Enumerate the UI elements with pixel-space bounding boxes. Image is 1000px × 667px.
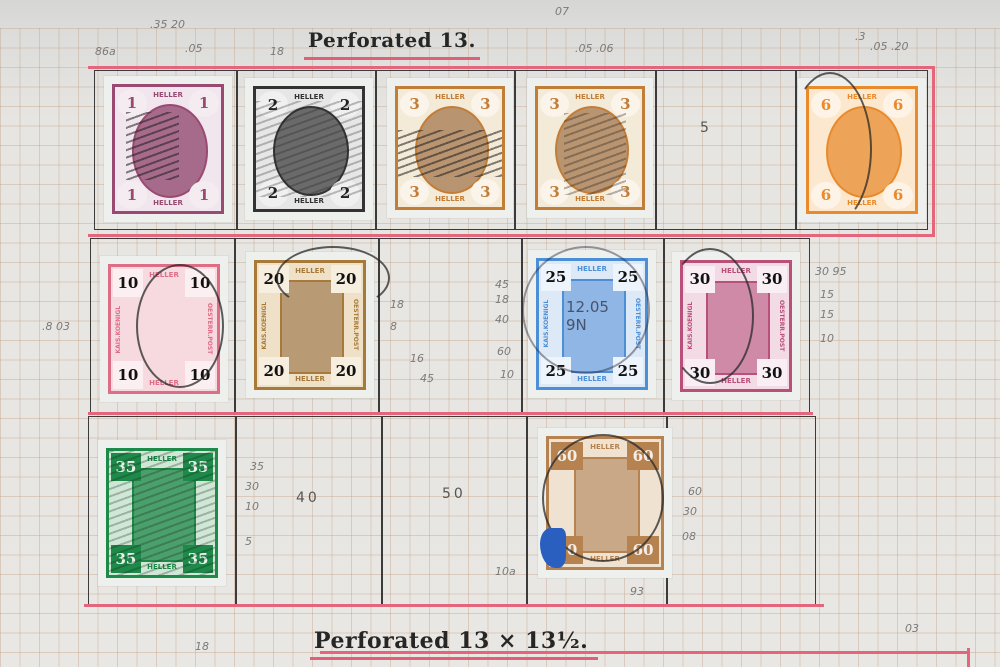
pencil-note: 15 [820, 288, 834, 301]
cell-divider [521, 238, 523, 414]
pencil-note: .05 .20 [870, 40, 908, 53]
cell-divider [514, 70, 516, 230]
pencil-note: 18 [270, 45, 284, 58]
pencil-note: 10 [820, 332, 834, 345]
postmark-text: 12.05 9N [566, 298, 626, 334]
pencil-note: 18 [390, 298, 404, 311]
blue-ink-mark [540, 528, 566, 568]
pencil-note: .35 20 [150, 18, 185, 31]
pencil-note: 45 [420, 372, 434, 385]
stamp-1-heller[interactable]: 1 1 1 1 HELLER HELLER [104, 76, 232, 222]
pencil-note: 93 [630, 585, 644, 598]
pencil-note: 10a [495, 565, 516, 578]
red-rule [88, 234, 935, 237]
cell-divider [375, 70, 377, 230]
red-rule-vertical [932, 66, 935, 234]
pencil-note: .05 [185, 42, 203, 55]
pencil-note: 16 [410, 352, 424, 365]
empty-cell-label-40: 40 [296, 490, 320, 506]
pencil-note: 86a [95, 45, 116, 58]
pencil-note: 5 [245, 535, 252, 548]
red-rule [88, 412, 813, 415]
cell-divider [236, 70, 238, 230]
pencil-note: 10 [500, 368, 514, 381]
pencil-note: 40 [495, 313, 509, 326]
pencil-note: .05 .06 [575, 42, 613, 55]
pencil-note: 30 [245, 480, 259, 493]
stamp-35-heller[interactable]: 35 35 35 35 HELLER HELLER [98, 440, 226, 586]
cell-divider [526, 416, 528, 606]
pencil-note: 35 [250, 460, 264, 473]
pencil-note: .8 03 [42, 320, 70, 333]
heading-underline [310, 657, 598, 660]
cell-divider [235, 416, 237, 606]
stamp-3-heller[interactable]: 3 3 3 3 HELLER HELLER [527, 78, 653, 218]
pencil-note: 08 [682, 530, 696, 543]
red-rule [84, 604, 824, 607]
pencil-note: 18 [195, 640, 209, 653]
stamp-6-heller[interactable]: 6 6 6 6 HELLER HELLER [798, 78, 926, 222]
stamp-25-heller[interactable]: 25 25 25 25 HELLER HELLER KAIS.KOENIGL O… [528, 250, 656, 398]
stamp-2-heller[interactable]: 2 2 2 2 HELLER HELLER [245, 78, 373, 220]
pencil-note: 30 95 [815, 265, 847, 278]
pencil-note: 60 [688, 485, 702, 498]
section-heading-perforated-13: Perforated 13. [308, 28, 476, 52]
pencil-note: 15 [820, 308, 834, 321]
stamp-20-heller[interactable]: 20 20 20 20 HELLER HELLER KAIS.KOENIGL O… [246, 252, 374, 398]
cell-divider [655, 70, 657, 230]
pencil-note: 07 [555, 5, 569, 18]
heading-underline [304, 57, 480, 60]
pencil-note: 10 [245, 500, 259, 513]
empty-cell-label-50: 50 [442, 486, 466, 502]
red-rule [88, 66, 933, 69]
album-page: Perforated 13. 1 1 1 1 HELLER HELLER 2 2… [0, 0, 1000, 667]
pencil-note: 18 [495, 293, 509, 306]
pencil-note: .3 [855, 30, 866, 43]
pencil-note: 60 [497, 345, 511, 358]
pencil-note: 45 [495, 278, 509, 291]
pencil-note: 03 [905, 622, 919, 635]
red-rule-vertical [967, 648, 970, 667]
pencil-note: 30 [683, 505, 697, 518]
pencil-note: 8 [390, 320, 397, 333]
cell-divider [381, 416, 383, 606]
stamp-10-heller[interactable]: 10 10 10 10 HELLER HELLER KAIS.KOENIGL O… [100, 256, 228, 402]
cell-divider [234, 238, 236, 414]
stamp-30-heller[interactable]: 30 30 30 30 HELLER HELLER KAIS.KOENIGL O… [672, 252, 800, 400]
empty-cell-label-5: 5 [700, 120, 709, 136]
red-rule [320, 651, 970, 654]
stamp-60-heller[interactable]: 60 60 60 60 HELLER HELLER [538, 428, 672, 578]
cell-divider [663, 238, 665, 414]
stamp-3-heller[interactable]: 3 3 3 3 HELLER HELLER [387, 78, 513, 218]
